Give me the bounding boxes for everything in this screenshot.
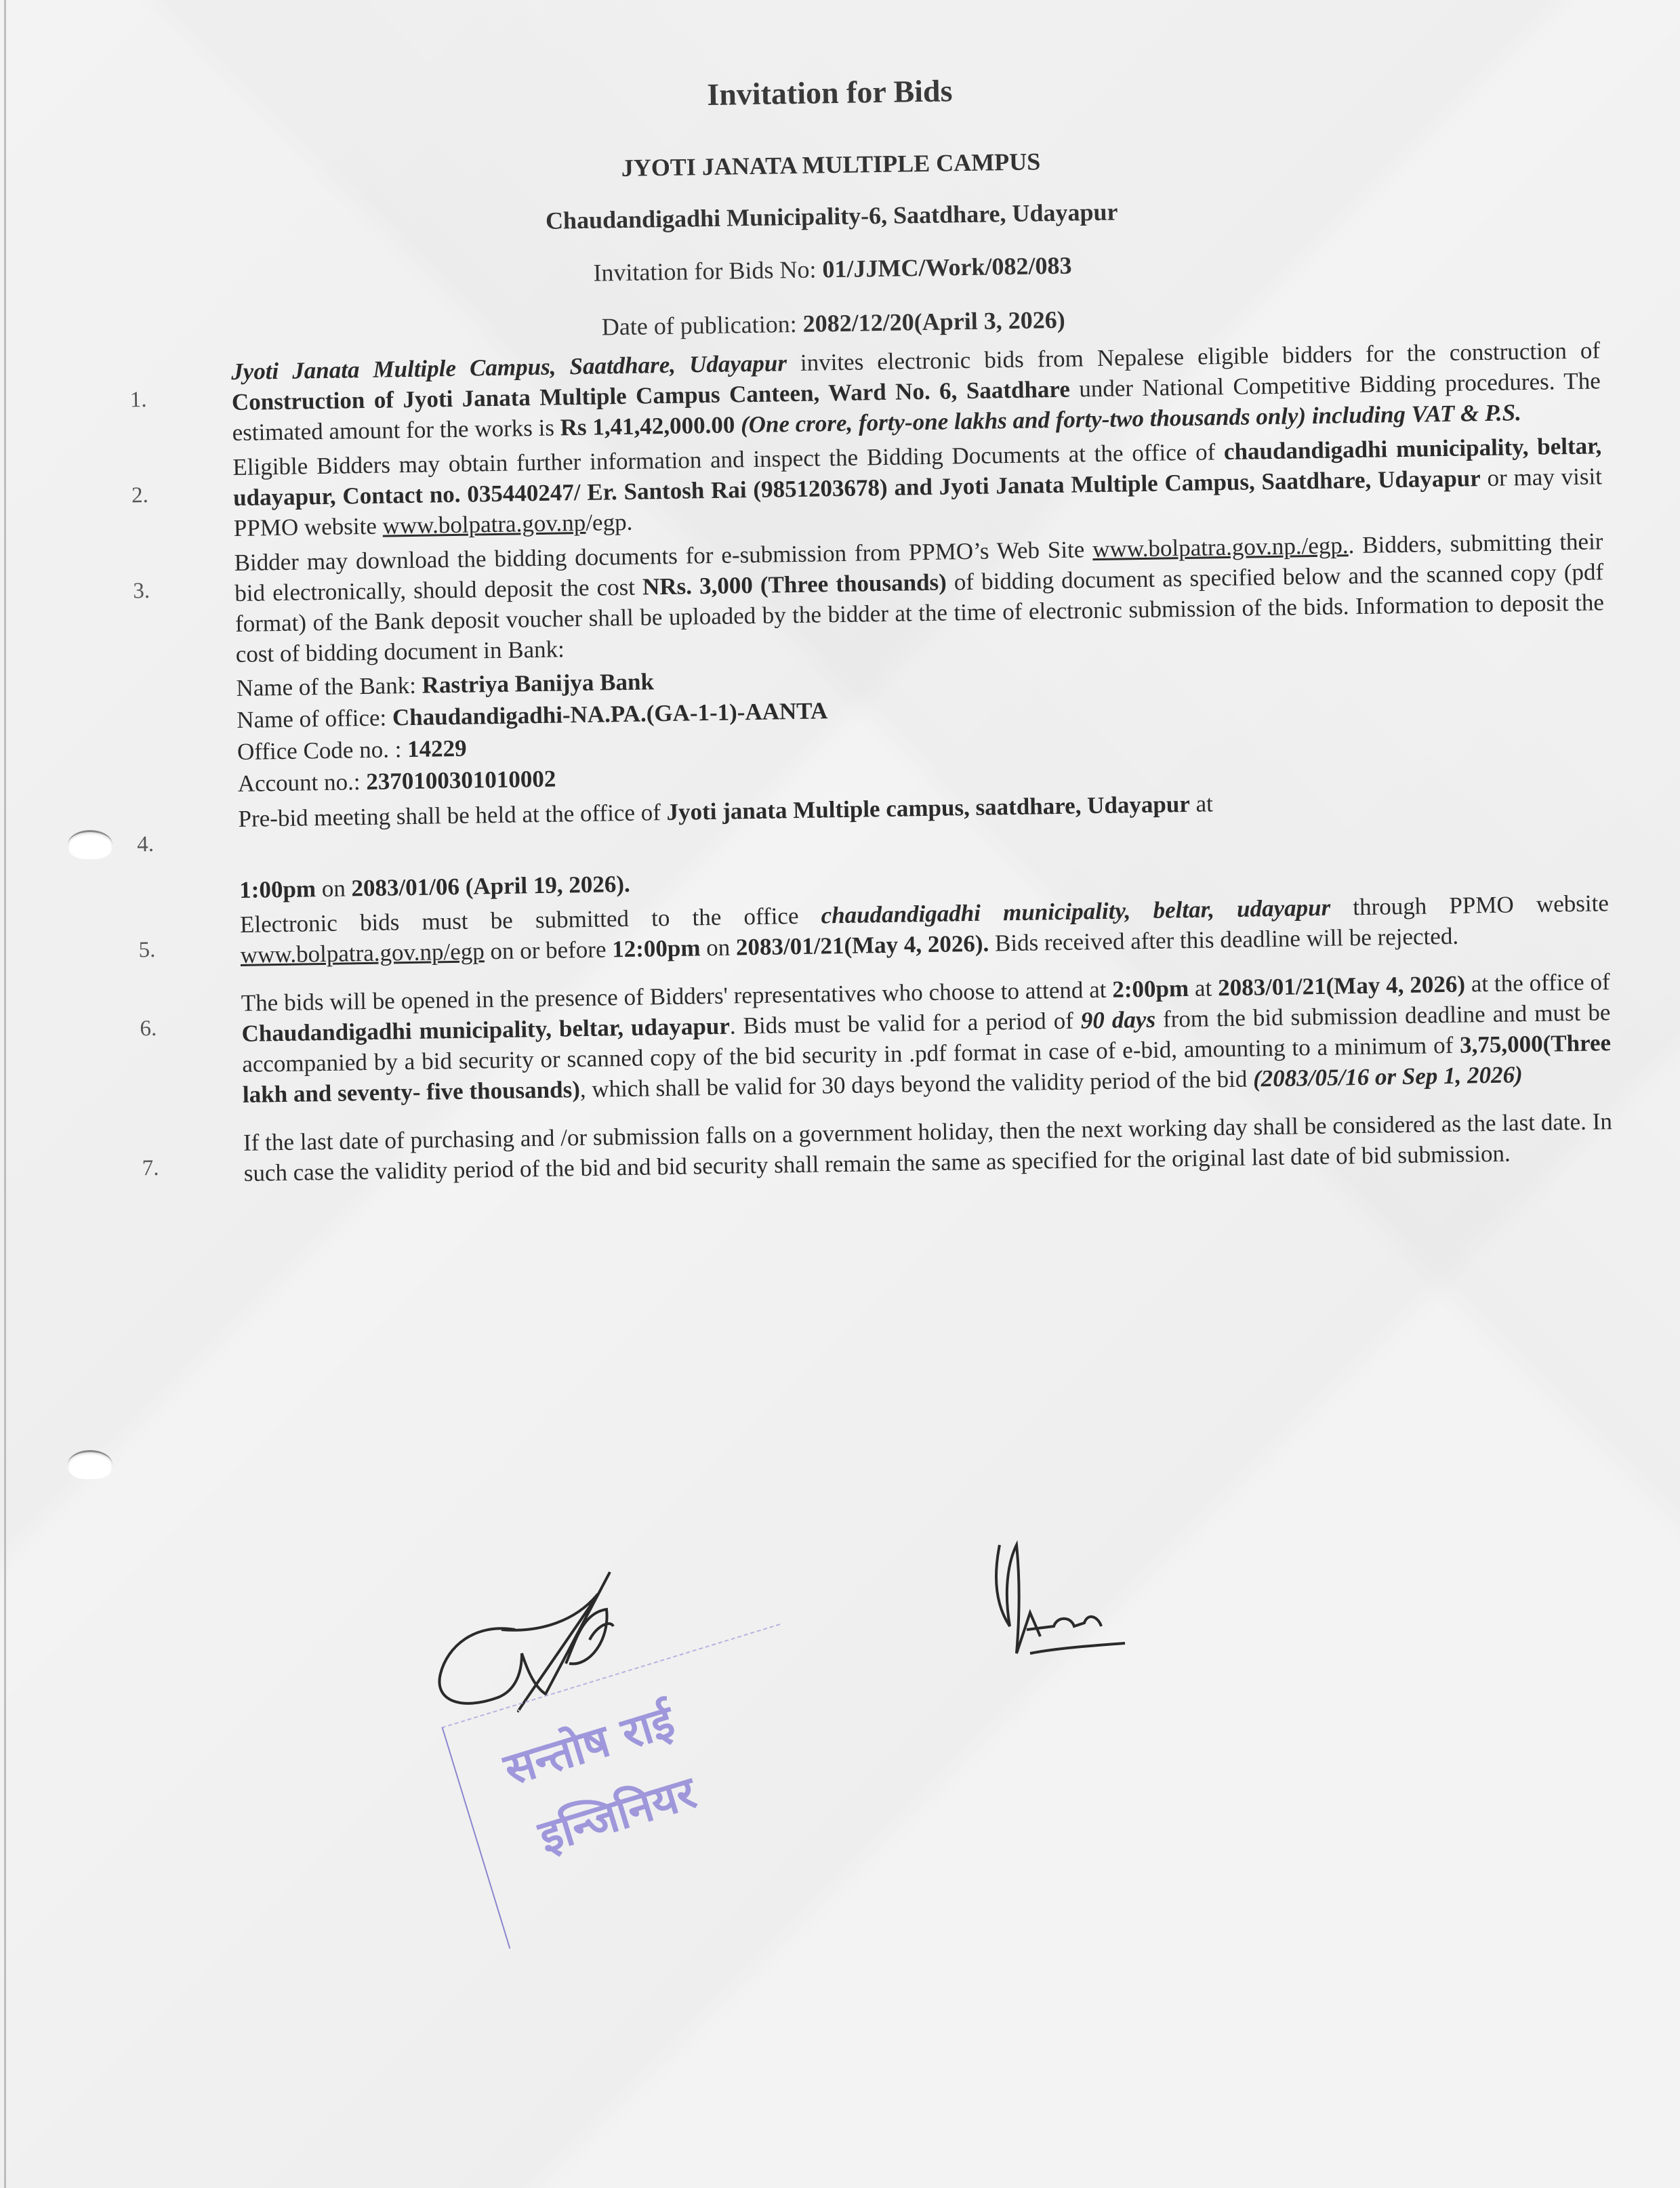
- ifb-label: Invitation for Bids No:: [593, 255, 823, 286]
- clause-text: If the last date of purchasing and /or s…: [243, 1108, 1612, 1186]
- website-link[interactable]: www.bolpatra.gov.np/egp: [240, 938, 485, 968]
- clause-text: 1:00pm: [239, 875, 316, 903]
- bank-detail-label: Account no.:: [237, 768, 366, 797]
- clause-body: The bids will be opened in the presence …: [241, 966, 1612, 1110]
- ifb-number: 01/JJMC/Work/082/083: [822, 252, 1072, 283]
- clause-text: Jyoti janata Multiple campus, saatdhare,…: [666, 791, 1190, 825]
- bank-detail-value: 14229: [407, 735, 467, 762]
- clause-text: Jyoti Janata Multiple Campus, Saatdhare,…: [231, 350, 787, 385]
- website-link[interactable]: www.bolpatra.gov.np./egp.: [1092, 532, 1349, 562]
- clause-number: 5.: [138, 935, 155, 966]
- clause-text: 2083/01/21(May 4, 2026): [1218, 971, 1465, 1002]
- document-body: Invitation for Bids JYOTI JANATA MULTIPL…: [0, 0, 1668, 14]
- clause-text: 2083/01/06 (April 19, 2026).: [351, 871, 630, 901]
- clause-number: 6.: [140, 1014, 157, 1044]
- website-link[interactable]: www.bolpatra.gov.np: [382, 510, 586, 539]
- clause-text: chaudandigadhi municipality, beltar, uda…: [821, 894, 1330, 929]
- clause-number: 4.: [137, 829, 154, 860]
- bank-detail-label: Name of the Bank:: [236, 672, 422, 701]
- clause-number: 3.: [133, 576, 150, 606]
- bank-details: Name of the Bank: Rastriya Banijya BankN…: [236, 651, 1607, 800]
- clause-text: (2083/05/16 or Sep 1, 2026): [1253, 1061, 1523, 1092]
- clause-text: on: [316, 875, 352, 902]
- clause-text: through PPMO website: [1330, 890, 1609, 920]
- clause-6: 6.The bids will be opened in the presenc…: [140, 966, 1612, 1111]
- clause-text: Bids received after this deadline will b…: [989, 923, 1458, 957]
- publication-label: Date of publication:: [601, 310, 803, 341]
- clause-text: 2:00pm: [1112, 975, 1189, 1003]
- organization-name: JYOTI JANATA MULTIPLE CAMPUS: [0, 138, 1671, 192]
- clause-text: . Bids must be valid for a period of: [730, 1007, 1082, 1039]
- clause-text: Pre-bid meeting shall be held at the off…: [238, 799, 667, 832]
- ifb-number-line: Invitation for Bids No: 01/JJMC/Work/082…: [0, 242, 1673, 297]
- clause-1: 1.Jyoti Janata Multiple Campus, Saatdhar…: [129, 335, 1601, 449]
- clause-text: on: [700, 934, 736, 961]
- clause-body: Bidder may download the bidding document…: [234, 526, 1605, 669]
- document-title: Invitation for Bids: [0, 62, 1670, 124]
- clause-number: 1.: [130, 385, 147, 415]
- clause-2: 2.Eligible Bidders may obtain further in…: [131, 430, 1603, 545]
- clause-3: 3.Bidder may download the bidding docume…: [132, 526, 1607, 801]
- bank-detail-label: Name of office:: [237, 704, 392, 733]
- clause-text: Chaudandigadhi municipality, beltar, uda…: [241, 1013, 730, 1047]
- clause-text: at: [1190, 790, 1214, 817]
- bank-detail-value: Rastriya Banijya Bank: [422, 668, 654, 698]
- clause-text: NRs. 3,000 (Three thousands): [642, 569, 947, 600]
- clause-text: 12:00pm: [612, 934, 701, 962]
- clause-text: 90 days: [1081, 1006, 1156, 1034]
- clause-text: Rs 1,41,42,000.00: [560, 411, 735, 440]
- engineer-stamp: सन्तोष राई इन्जिनियर: [441, 1624, 847, 1949]
- clause-list: 1.Jyoti Janata Multiple Campus, Saatdhar…: [129, 335, 1613, 1194]
- clause-text: 2083/01/21(May 4, 2026).: [736, 930, 989, 961]
- clause-body: Jyoti Janata Multiple Campus, Saatdhare,…: [231, 335, 1601, 448]
- clause-number: 7.: [142, 1153, 159, 1184]
- clause-7: 7.If the last date of purchasing and /or…: [142, 1106, 1613, 1190]
- clause-4: 4.Pre-bid meeting shall be held at the o…: [136, 782, 1608, 907]
- scanned-page: Invitation for Bids JYOTI JANATA MULTIPL…: [0, 0, 1680, 2188]
- clause-text: at: [1189, 974, 1218, 1002]
- organization-address: Chaudandigadhi Municipality-6, Saatdhare…: [0, 189, 1672, 244]
- clause-number: 2.: [131, 480, 148, 511]
- punch-hole-top: [68, 830, 112, 859]
- clause-text: on or before: [484, 936, 612, 964]
- stamp-name: सन्तोष राई: [497, 1689, 681, 1798]
- publication-date: 2082/12/20(April 3, 2026): [802, 306, 1065, 337]
- bank-detail-value: 2370100301010002: [366, 766, 556, 795]
- clause-text: , which shall be valid for 30 days beyon…: [580, 1065, 1254, 1102]
- punch-hole-bottom: [68, 1450, 112, 1479]
- clause-body: If the last date of purchasing and /or s…: [243, 1106, 1613, 1189]
- bank-detail-label: Office Code no. :: [237, 736, 408, 765]
- clause-text: /egp.: [586, 509, 633, 536]
- stamp-designation: इन्जिनियर: [531, 1760, 703, 1865]
- clause-text: Electronic bids must be submitted to the…: [240, 902, 821, 937]
- clause-text: at the office of: [1465, 968, 1610, 997]
- clause-body: Eligible Bidders may obtain further info…: [232, 430, 1603, 543]
- bank-detail-value: Chaudandigadhi-NA.PA.(GA-1-1)-AANTA: [392, 697, 828, 730]
